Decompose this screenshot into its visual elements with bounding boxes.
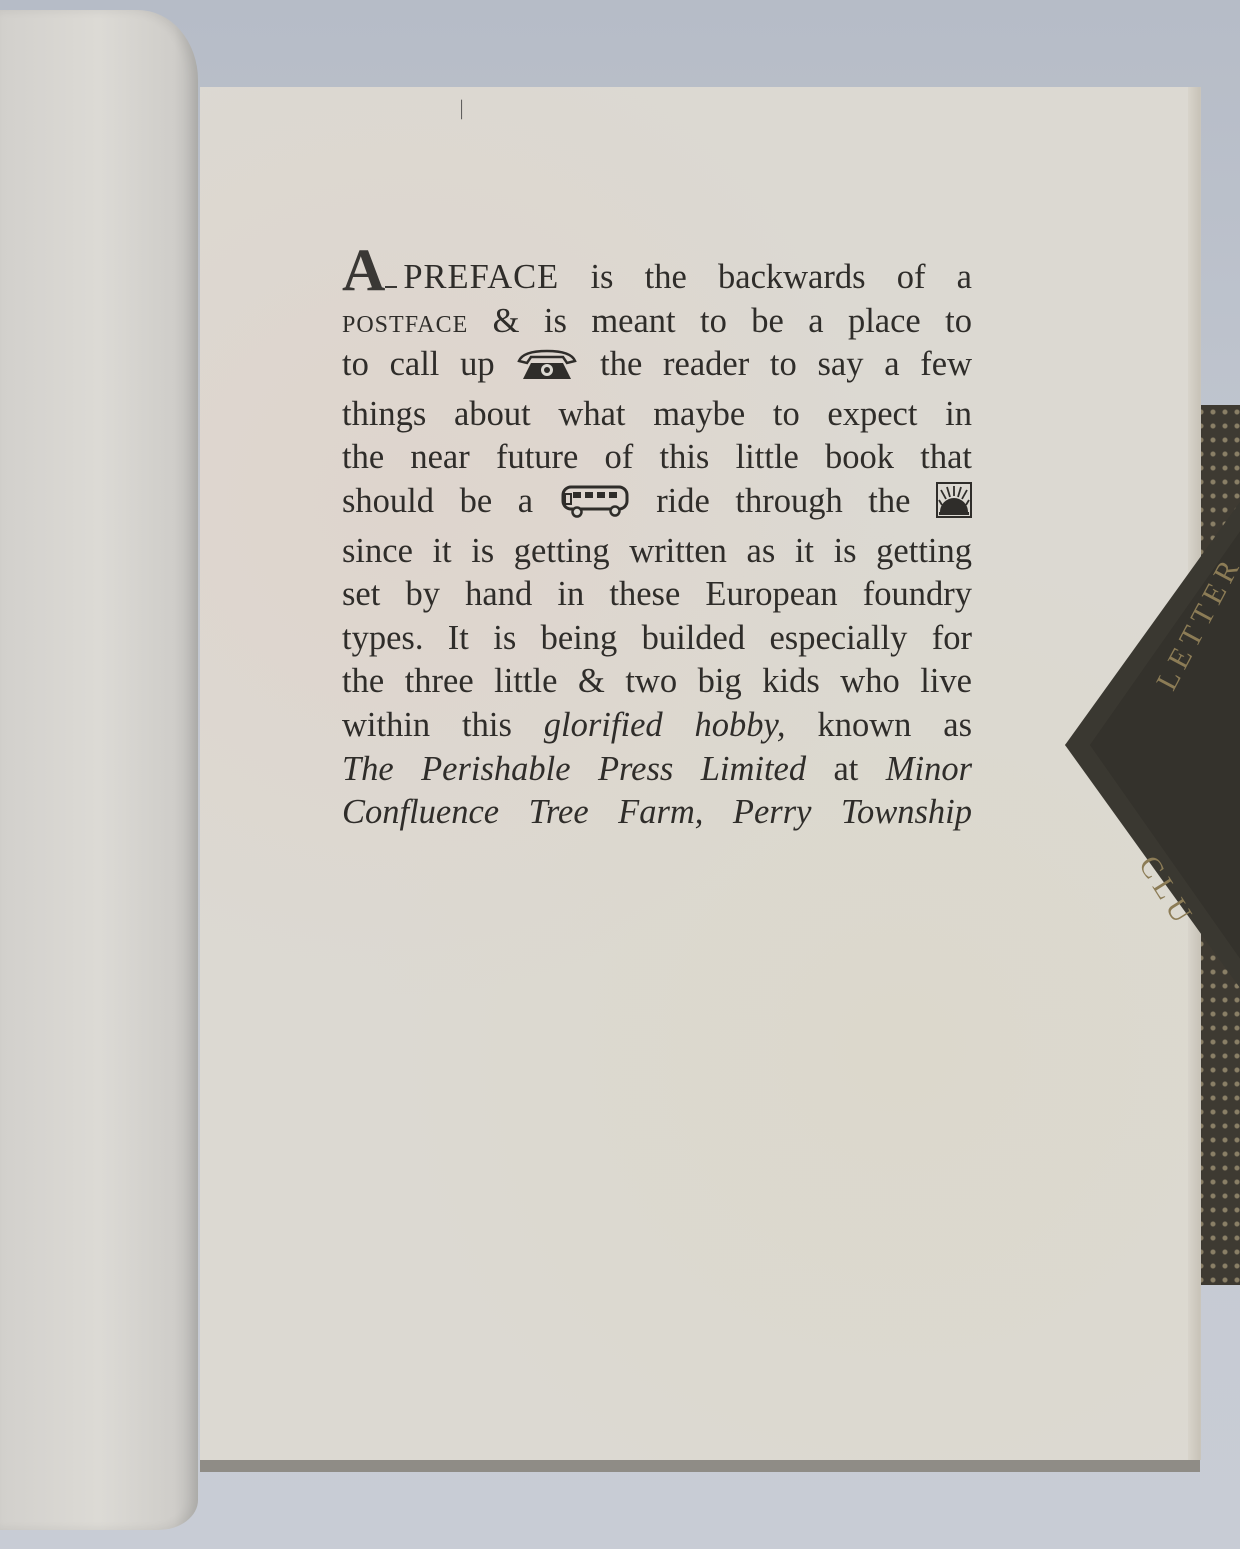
line-text: the reader to say a few xyxy=(600,345,972,383)
text-line: postface & is meant to be a place to xyxy=(342,300,972,344)
bus-icon xyxy=(559,484,631,530)
line-text: should be a xyxy=(342,482,533,520)
text-line: to call up the reader to say a few xyxy=(342,343,972,393)
text-line: set by hand in these European foundry xyxy=(342,573,972,617)
text-line: the three little & two big kids who live xyxy=(342,660,972,704)
drop-cap-rule xyxy=(385,286,397,288)
line-text: at xyxy=(806,750,886,788)
line-text: ride through the xyxy=(656,482,910,520)
page-bottom-edge xyxy=(200,1460,1200,1472)
ink-mark: ᛁ xyxy=(455,97,461,125)
text-line: APREFACE is the backwards of a xyxy=(342,250,972,300)
text-line: The Perishable Press Limited at Minor xyxy=(342,748,972,792)
text-line: things about what maybe to expect in xyxy=(342,393,972,437)
text-line: Confluence Tree Farm, Perry Township xyxy=(342,791,972,835)
text-line: since it is getting written as it is get… xyxy=(342,530,972,574)
telephone-icon xyxy=(515,349,579,393)
left-page-curl xyxy=(0,10,198,1530)
line-text: known as xyxy=(786,706,972,744)
press-name: The Perishable Press Limited xyxy=(342,750,806,788)
preface-word: PREFACE xyxy=(403,258,559,296)
text-line: the near future of this little book that xyxy=(342,436,972,480)
drop-cap: A xyxy=(342,250,385,290)
text-line: types. It is being builded especially fo… xyxy=(342,617,972,661)
italic-phrase: glorified hobby, xyxy=(544,706,786,744)
text-line: should be a ride through the xyxy=(342,480,972,530)
line-text: within this xyxy=(342,706,544,744)
text-line: within this glorified hobby, known as xyxy=(342,704,972,748)
sunrise-icon xyxy=(936,482,972,530)
postface-word: postface xyxy=(342,302,468,340)
line-text: & is meant to be a place to xyxy=(468,302,972,340)
preface-text: APREFACE is the backwards of a postface … xyxy=(342,250,972,835)
place-name: Minor xyxy=(886,750,972,788)
line-text: is the backwards of a xyxy=(559,258,972,296)
line-text: to call up xyxy=(342,345,495,383)
